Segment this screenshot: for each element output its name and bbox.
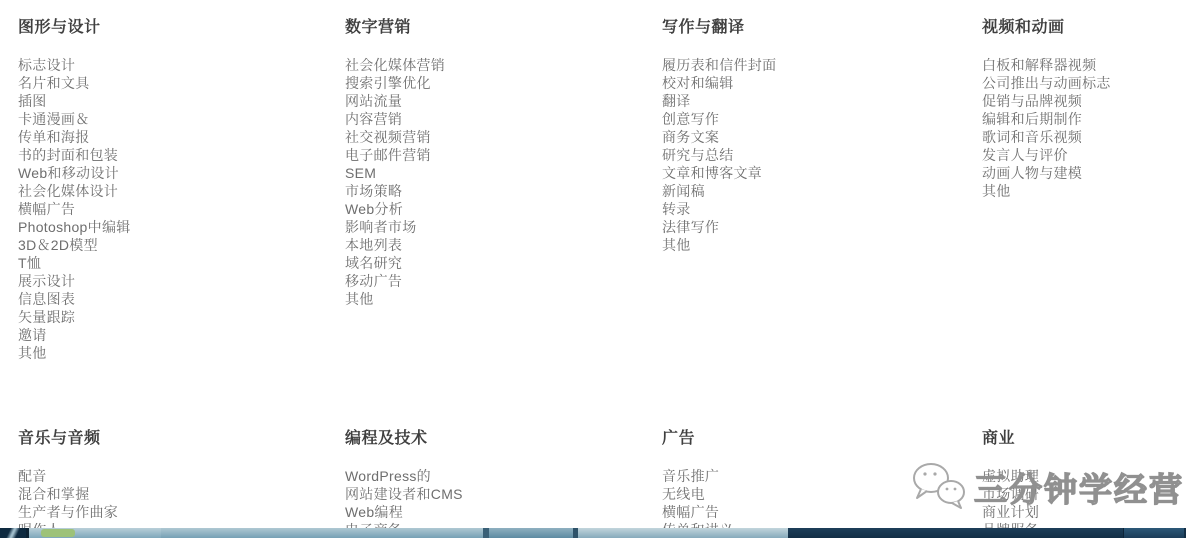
category-item[interactable]: 生产者与作曲家: [18, 503, 318, 521]
category-item[interactable]: Photoshop中编辑: [18, 218, 318, 236]
taskbar-tray-area[interactable]: [1123, 528, 1184, 538]
category-item[interactable]: 混合和掌握: [18, 485, 318, 503]
category-item[interactable]: 电子邮件营销: [345, 146, 645, 164]
category-item[interactable]: 其他: [18, 344, 318, 362]
category-item[interactable]: 公司推出与动画标志: [982, 74, 1186, 92]
taskbar-window-button[interactable]: [489, 528, 573, 538]
category-column-writing-translation: 写作与翻译 履历表和信件封面校对和编辑翻译创意写作商务文案研究与总结文章和博客文…: [662, 14, 962, 254]
category-item[interactable]: SEM: [345, 164, 645, 182]
category-column-programming-tech: 编程及技术 WordPress的网站建设者和CMSWeb编程电子商务: [345, 425, 645, 538]
category-title[interactable]: 广告: [662, 425, 962, 448]
category-item[interactable]: 音乐推广: [662, 467, 962, 485]
category-item[interactable]: 动画人物与建模: [982, 164, 1186, 182]
category-item[interactable]: 创意写作: [662, 110, 962, 128]
category-item[interactable]: Web分析: [345, 200, 645, 218]
category-column-advertising: 广告 音乐推广无线电横幅广告传单和讲义: [662, 425, 962, 538]
category-item[interactable]: 白板和解释器视频: [982, 56, 1186, 74]
category-item[interactable]: 促销与品牌视频: [982, 92, 1186, 110]
category-item[interactable]: 影响者市场: [345, 218, 645, 236]
category-item-list: 白板和解释器视频公司推出与动画标志促销与品牌视频编辑和后期制作歌词和音乐视频发言…: [982, 56, 1186, 200]
category-item[interactable]: 商务文案: [662, 128, 962, 146]
category-item[interactable]: 邀请: [18, 326, 318, 344]
category-item[interactable]: 书的封面和包装: [18, 146, 318, 164]
category-title[interactable]: 视频和动画: [982, 14, 1186, 37]
category-item[interactable]: 社会化媒体营销: [345, 56, 645, 74]
category-item[interactable]: Web和移动设计: [18, 164, 318, 182]
category-item[interactable]: 展示设计: [18, 272, 318, 290]
category-column-graphics-design: 图形与设计 标志设计名片和文具插图卡通漫画＆传单和海报书的封面和包装Web和移动…: [18, 14, 318, 362]
category-item[interactable]: 插图: [18, 92, 318, 110]
category-item[interactable]: 社交视频营销: [345, 128, 645, 146]
taskbar-window-button[interactable]: [29, 528, 161, 538]
category-item[interactable]: 文章和博客文章: [662, 164, 962, 182]
category-item[interactable]: 校对和编辑: [662, 74, 962, 92]
category-title[interactable]: 商业: [982, 425, 1186, 448]
category-item[interactable]: 3D＆2D模型: [18, 236, 318, 254]
category-item[interactable]: 搜索引擎优化: [345, 74, 645, 92]
category-item[interactable]: 信息图表: [18, 290, 318, 308]
category-item[interactable]: WordPress的: [345, 467, 645, 485]
category-title[interactable]: 音乐与音频: [18, 425, 318, 448]
category-column-digital-marketing: 数字营销 社会化媒体营销搜索引擎优化网站流量内容营销社交视频营销电子邮件营销SE…: [345, 14, 645, 308]
category-item[interactable]: 商业计划: [982, 503, 1186, 521]
category-item[interactable]: 其他: [982, 182, 1186, 200]
category-item[interactable]: 法律写作: [662, 218, 962, 236]
category-item[interactable]: 研究与总结: [662, 146, 962, 164]
category-item[interactable]: 无线电: [662, 485, 962, 503]
category-item[interactable]: 名片和文具: [18, 74, 318, 92]
category-item-list: 履历表和信件封面校对和编辑翻译创意写作商务文案研究与总结文章和博客文章新闻稿转录…: [662, 56, 962, 254]
taskbar: [0, 528, 1186, 538]
category-item[interactable]: 歌词和音乐视频: [982, 128, 1186, 146]
category-item[interactable]: 新闻稿: [662, 182, 962, 200]
category-item[interactable]: 配音: [18, 467, 318, 485]
category-item-list: 社会化媒体营销搜索引擎优化网站流量内容营销社交视频营销电子邮件营销SEM市场策略…: [345, 56, 645, 308]
category-item[interactable]: 履历表和信件封面: [662, 56, 962, 74]
category-item[interactable]: 网站建设者和CMS: [345, 485, 645, 503]
category-item[interactable]: 域名研究: [345, 254, 645, 272]
taskbar-window-button[interactable]: [161, 528, 483, 538]
category-column-video-animation: 视频和动画 白板和解释器视频公司推出与动画标志促销与品牌视频编辑和后期制作歌词和…: [982, 14, 1186, 200]
category-item[interactable]: 其他: [345, 290, 645, 308]
category-item-list: 标志设计名片和文具插图卡通漫画＆传单和海报书的封面和包装Web和移动设计社会化媒…: [18, 56, 318, 362]
taskbar-window-button[interactable]: [578, 528, 788, 538]
category-item[interactable]: Web编程: [345, 503, 645, 521]
category-item[interactable]: 卡通漫画＆: [18, 110, 318, 128]
category-item[interactable]: 市场策略: [345, 182, 645, 200]
category-title[interactable]: 写作与翻译: [662, 14, 962, 37]
category-item[interactable]: 矢量跟踪: [18, 308, 318, 326]
category-item[interactable]: 翻译: [662, 92, 962, 110]
category-item[interactable]: 标志设计: [18, 56, 318, 74]
taskbar-app-icon: [41, 529, 75, 537]
category-item[interactable]: 市场调研: [982, 485, 1186, 503]
category-item[interactable]: T恤: [18, 254, 318, 272]
category-item[interactable]: 移动广告: [345, 272, 645, 290]
category-item[interactable]: 横幅广告: [662, 503, 962, 521]
category-item[interactable]: 社会化媒体设计: [18, 182, 318, 200]
category-column-business: 商业 虚拟助理市场调研商业计划品牌服务: [982, 425, 1186, 538]
category-item[interactable]: 本地列表: [345, 236, 645, 254]
category-column-music-audio: 音乐与音频 配音混合和掌握生产者与作曲家唱作人: [18, 425, 318, 538]
category-item[interactable]: 虚拟助理: [982, 467, 1186, 485]
taskbar-empty-area: [788, 528, 1123, 538]
category-title[interactable]: 编程及技术: [345, 425, 645, 448]
category-title[interactable]: 数字营销: [345, 14, 645, 37]
category-item[interactable]: 网站流量: [345, 92, 645, 110]
category-title[interactable]: 图形与设计: [18, 14, 318, 37]
category-item[interactable]: 内容营销: [345, 110, 645, 128]
category-item[interactable]: 其他: [662, 236, 962, 254]
category-item[interactable]: 传单和海报: [18, 128, 318, 146]
category-item[interactable]: 编辑和后期制作: [982, 110, 1186, 128]
category-item[interactable]: 发言人与评价: [982, 146, 1186, 164]
category-item[interactable]: 转录: [662, 200, 962, 218]
category-item[interactable]: 横幅广告: [18, 200, 318, 218]
start-button-edge[interactable]: [0, 528, 26, 538]
categories-page: 图形与设计 标志设计名片和文具插图卡通漫画＆传单和海报书的封面和包装Web和移动…: [0, 0, 1186, 538]
